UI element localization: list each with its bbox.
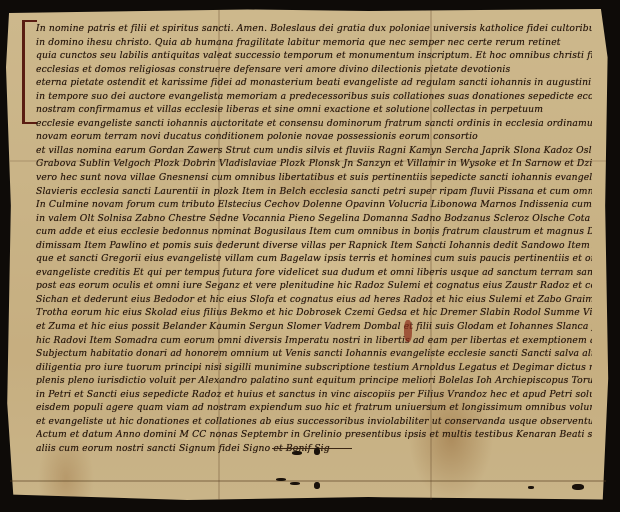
text-line: in domino ihesu christo. Quia ab humana … [36, 36, 592, 50]
text-line: novam eorum terram novi ducatus conditio… [36, 130, 592, 144]
text-line: in Petri et Sancti eius sepedicte Radoz … [36, 388, 592, 402]
ink-blot [528, 486, 534, 489]
text-line: In Culmine novam forum cum tributo Elste… [36, 198, 592, 212]
text-line: vero hec sunt nova villae Gnesnensi cum … [36, 171, 592, 185]
text-line: post eas eorum oculis et omni iure Segan… [36, 279, 592, 293]
seal-cord-hole [314, 482, 320, 489]
text-line: In nomine patris et filii et spiritus sa… [36, 22, 592, 36]
text-line: eterna pietate ostendit et karissime fid… [36, 76, 592, 90]
red-wax-stain [404, 320, 412, 342]
seal-cord-hole [290, 482, 300, 485]
text-line: et villas nomina earum Gordan Zawers Str… [36, 144, 592, 158]
seal-cord-hole [314, 448, 320, 455]
text-line: et evangeliste ut hic donationes et coll… [36, 415, 592, 429]
text-line: hic Radovi Item Somadra cum eorum omni d… [36, 334, 592, 348]
charter-text: In nomine patris et filii et spiritus sa… [36, 22, 592, 456]
text-line: ecclesias et domos religiosas construere… [36, 63, 592, 77]
text-line: cum adde et eius ecclesie bedonnus nomin… [36, 225, 592, 239]
fold-crease-horizontal [10, 480, 606, 482]
text-line: nostram confirmamus et villas ecclesie l… [36, 103, 592, 117]
signature-bracket-line [272, 448, 352, 449]
seal-cord-hole [292, 451, 302, 455]
decorated-initial [22, 20, 37, 124]
text-line: eisdem populi agere quam viam ad nostram… [36, 401, 592, 415]
ink-blot [572, 484, 584, 490]
text-line: Subjectum habitatio donari ad honorem om… [36, 347, 592, 361]
text-line: Sichan et dederunt eius Bedodor et hic e… [36, 293, 592, 307]
text-line: dimissam Item Pawlino et pomis suis dede… [36, 239, 592, 253]
text-line: Slavieris ecclesia sancti Laurentii in p… [36, 185, 592, 199]
text-line: ecclesie evangeliste sancti iohannis auc… [36, 117, 592, 131]
text-line: in valem Olt Solnisa Zabno Chestre Sedne… [36, 212, 592, 226]
text-line: plenis pleno iurisdictio voluit per Alex… [36, 374, 592, 388]
text-line: Grabova Sublin Velgoch Plozk Dobrin Vlad… [36, 157, 592, 171]
text-line: evangeliste creditis Et qui per tempus f… [36, 266, 592, 280]
text-line: Actum et datum Anno domini M CC nonas Se… [36, 428, 592, 442]
text-line: que et sancti Gregorii eius evangeliste … [36, 252, 592, 266]
text-line: Trotha eorum hic eius Skolad eius filius… [36, 306, 592, 320]
text-line: quia cunctos seu labilis antiquitas vale… [36, 49, 592, 63]
text-line: et Zuma et hic eius possit Belander Kaum… [36, 320, 592, 334]
seal-cord-hole [276, 478, 286, 481]
text-line: in tempore suo dei auctore evangelista m… [36, 90, 592, 104]
text-line: diligentia pro iure tuorum principi nisi… [36, 361, 592, 375]
